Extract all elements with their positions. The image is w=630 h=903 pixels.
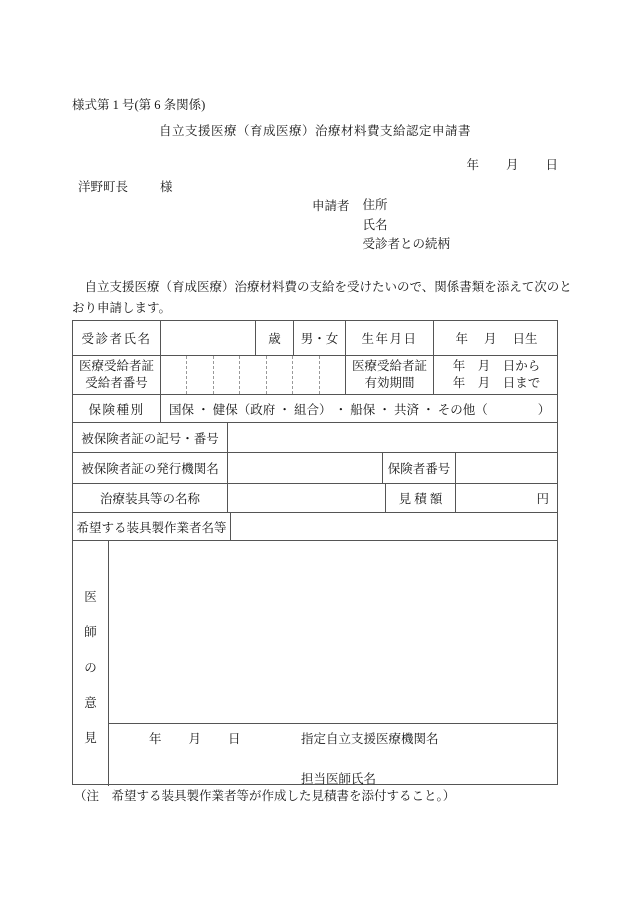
row-recipient-cert: 医療受給者証 受給者番号 医療受給者証 有効期間 年 月 日から 年 月 日まで xyxy=(73,356,557,395)
digit-box xyxy=(239,356,265,394)
device-name-field xyxy=(228,484,386,512)
row-device: 治療装具等の名称 見 積 額 円 xyxy=(73,484,557,513)
signature-date-line: 年 月 日 xyxy=(149,729,241,747)
date-day-label: 日 xyxy=(545,155,558,173)
validity-to-label: 年 月 日まで xyxy=(453,375,541,392)
applicant-label: 申請者 xyxy=(312,196,350,214)
page-title: 自立支援医療（育成医療）治療材料費支給認定申請書 xyxy=(0,121,630,139)
digit-box xyxy=(266,356,292,394)
digit-box xyxy=(319,356,345,394)
vertical-label-char: 師 xyxy=(84,622,97,640)
addressee-name: 洋野町長 xyxy=(78,180,128,194)
device-name-label: 治療装具等の名称 xyxy=(73,484,228,512)
digit-box xyxy=(292,356,318,394)
application-form-table: 受診者氏名 歳 男・女 生年月日 年 月 日生 医療受給者証 受給者番号 医療受… xyxy=(72,320,558,785)
doctor-opinion-vertical-label: 医 師 の 意 見 xyxy=(73,541,109,786)
birth-date-field: 年 月 日生 xyxy=(434,321,559,355)
intro-line-1: 自立支援医療（育成医療）治療材料費の支給を受けたいので、関係書類を添えて次のと xyxy=(72,277,572,298)
applicant-relation-label: 受診者との続柄 xyxy=(363,235,451,255)
recipient-number-digit-boxes xyxy=(161,356,346,394)
applicant-block: 申請者 住所 氏名 受診者との続柄 xyxy=(312,196,450,255)
validity-period-field: 年 月 日から 年 月 日まで xyxy=(434,356,559,394)
insurance-type-options: 国保 ・ 健保（政府 ・ 組合） ・ 船保 ・ 共済 ・ その他（ ） xyxy=(161,395,559,422)
vertical-label-char: 意 xyxy=(84,693,97,711)
validity-label-line1: 医療受給者証 xyxy=(352,358,427,375)
insured-cert-number-label: 被保険者証の記号・番号 xyxy=(73,423,228,452)
insurer-number-label: 保険者番号 xyxy=(383,453,456,483)
sig-month-label: 月 xyxy=(189,729,202,747)
vertical-label-char: の xyxy=(84,658,97,676)
applicant-name-label: 氏名 xyxy=(363,216,451,236)
recipient-cert-label-line1: 医療受給者証 xyxy=(79,358,154,375)
sig-day-label: 日 xyxy=(228,729,241,747)
maker-field xyxy=(231,513,559,540)
validity-from-label: 年 月 日から xyxy=(453,358,541,375)
digit-box xyxy=(213,356,239,394)
insured-cert-issuer-field xyxy=(228,453,383,483)
birth-month-label: 月 xyxy=(484,329,497,347)
applicant-fields: 住所 氏名 受診者との続柄 xyxy=(363,196,451,255)
estimate-amount-field: 円 xyxy=(456,484,559,512)
row-patient: 受診者氏名 歳 男・女 生年月日 年 月 日生 xyxy=(73,321,557,356)
sig-year-label: 年 xyxy=(149,729,162,747)
row-doctor-opinion: 医 師 の 意 見 年 月 日 指定自立支援医療機関名 担当医師氏名 xyxy=(73,541,557,786)
addressee-line: 洋野町長様 xyxy=(78,177,173,195)
birth-year-label: 年 xyxy=(455,329,468,347)
estimate-label: 見 積 額 xyxy=(386,484,456,512)
doctor-opinion-content: 年 月 日 指定自立支援医療機関名 担当医師氏名 xyxy=(109,541,557,786)
patient-name-label: 受診者氏名 xyxy=(73,321,161,355)
date-month-label: 月 xyxy=(506,155,519,173)
addressee-honorific: 様 xyxy=(160,180,173,194)
applicant-address-label: 住所 xyxy=(363,196,451,216)
patient-name-field xyxy=(161,321,256,355)
application-date-line: 年 月 日 xyxy=(72,155,558,173)
digit-box xyxy=(186,356,212,394)
insured-cert-number-field xyxy=(228,423,559,452)
vertical-label-char: 見 xyxy=(84,728,97,746)
birth-date-label: 生年月日 xyxy=(346,321,434,355)
maker-label: 希望する装具製作業者名等 xyxy=(73,513,231,540)
footnote: （注 希望する装具製作業者等が作成した見積書を添付すること。） xyxy=(74,786,455,804)
intro-paragraph: 自立支援医療（育成医療）治療材料費の支給を受けたいので、関係書類を添えて次のと … xyxy=(72,277,572,319)
digit-box xyxy=(161,356,186,394)
doctor-name-label: 担当医師氏名 xyxy=(301,769,376,787)
validity-label-line2: 有効期間 xyxy=(364,375,414,392)
row-insurance-type: 保険種別 国保 ・ 健保（政府 ・ 組合） ・ 船保 ・ 共済 ・ その他（ ） xyxy=(73,395,557,423)
intro-line-2: おり申請します。 xyxy=(72,298,572,319)
sex-options-label: 男・女 xyxy=(294,321,346,355)
insurer-number-field xyxy=(456,453,559,483)
age-unit-label: 歳 xyxy=(256,321,294,355)
recipient-cert-label-line2: 受給者番号 xyxy=(85,375,148,392)
doctor-opinion-writing-area xyxy=(109,541,557,724)
validity-period-label: 医療受給者証 有効期間 xyxy=(346,356,434,394)
vertical-label-char: 医 xyxy=(84,587,97,605)
recipient-cert-number-label: 医療受給者証 受給者番号 xyxy=(73,356,161,394)
doctor-signature-area: 年 月 日 指定自立支援医療機関名 担当医師氏名 xyxy=(109,724,557,785)
form-number: 様式第 1 号(第 6 条関係) xyxy=(72,95,205,113)
row-maker: 希望する装具製作業者名等 xyxy=(73,513,557,541)
row-insured-cert-number: 被保険者証の記号・番号 xyxy=(73,423,557,453)
insurance-type-label: 保険種別 xyxy=(73,395,161,422)
insured-cert-issuer-label: 被保険者証の発行機関名 xyxy=(73,453,228,483)
date-year-label: 年 xyxy=(466,155,479,173)
birth-day-label: 日生 xyxy=(513,329,538,347)
medical-institution-label: 指定自立支援医療機関名 xyxy=(301,729,439,747)
row-insured-cert-issuer: 被保険者証の発行機関名 保険者番号 xyxy=(73,453,557,484)
